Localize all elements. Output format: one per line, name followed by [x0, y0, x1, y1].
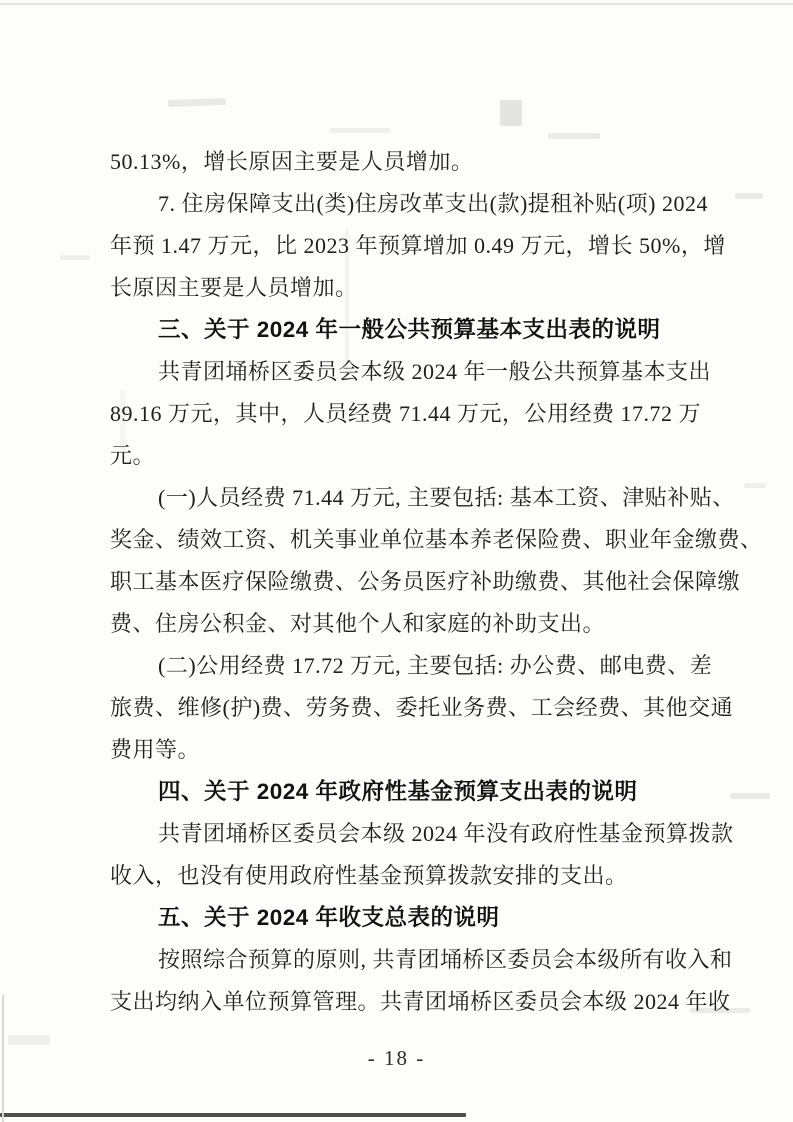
text-line: 50.13%，增长原因主要是人员增加。 [110, 141, 766, 183]
section-heading-5: 五、关于 2024 年收支总表的说明 [110, 897, 766, 939]
section-heading-4: 四、关于 2024 年政府性基金预算支出表的说明 [110, 771, 766, 813]
page-number: - 18 - [0, 1046, 793, 1071]
text-line: (二)公用经费 17.72 万元, 主要包括: 办公费、邮电费、差 [110, 645, 766, 687]
heading-line: 四、关于 2024 年政府性基金预算支出表的说明 [110, 771, 766, 813]
paragraph-personnel-funds: (一)人员经费 71.44 万元, 主要包括: 基本工资、津贴补贴、 奖金、绩效… [110, 477, 766, 645]
text-line: 7. 住房保障支出(类)住房改革支出(款)提租补贴(项) 2024 [110, 183, 766, 225]
heading-line: 五、关于 2024 年收支总表的说明 [110, 897, 766, 939]
text-line: (一)人员经费 71.44 万元, 主要包括: 基本工资、津贴补贴、 [110, 477, 766, 519]
text-line: 奖金、绩效工资、机关事业单位基本养老保险费、职业年金缴费、 [110, 519, 766, 561]
paragraph-public-funds: (二)公用经费 17.72 万元, 主要包括: 办公费、邮电费、差 旅费、维修(… [110, 645, 766, 771]
paragraph-continuation: 50.13%，增长原因主要是人员增加。 [110, 141, 766, 183]
paragraph-basic-expenditure: 共青团埇桥区委员会本级 2024 年一般公共预算基本支出 89.16 万元，其中… [110, 351, 766, 477]
scan-artifact-bottom-edge [0, 1113, 466, 1117]
heading-line: 三、关于 2024 年一般公共预算基本支出表的说明 [110, 309, 766, 351]
text-line: 职工基本医疗保险缴费、公务员医疗补助缴费、其他社会保障缴 [110, 561, 766, 603]
scan-speck [8, 1035, 50, 1045]
scan-speck [60, 255, 90, 260]
scan-speck [500, 100, 522, 126]
document-body: 50.13%，增长原因主要是人员增加。 7. 住房保障支出(类)住房改革支出(款… [110, 141, 766, 1023]
scan-speck [168, 98, 226, 107]
scan-speck [548, 133, 600, 139]
text-line: 年预 1.47 万元，比 2023 年预算增加 0.49 万元，增长 50%，增 [110, 225, 766, 267]
scan-artifact-top-edge [0, 3, 793, 5]
scan-speck [330, 128, 390, 133]
text-line: 按照综合预算的原则, 共青团埇桥区委员会本级所有收入和 [110, 939, 766, 981]
section-heading-3: 三、关于 2024 年一般公共预算基本支出表的说明 [110, 309, 766, 351]
text-line: 共青团埇桥区委员会本级 2024 年一般公共预算基本支出 [110, 351, 766, 393]
text-line: 共青团埇桥区委员会本级 2024 年没有政府性基金预算拨款 [110, 813, 766, 855]
paragraph-item-7: 7. 住房保障支出(类)住房改革支出(款)提租补贴(项) 2024 年预 1.4… [110, 183, 766, 309]
text-line: 收入，也没有使用政府性基金预算拨款安排的支出。 [110, 855, 766, 897]
text-line: 费、住房公积金、对其他个人和家庭的补助支出。 [110, 603, 766, 645]
text-line: 长原因主要是人员增加。 [110, 267, 766, 309]
text-line: 89.16 万元，其中，人员经费 71.44 万元，公用经费 17.72 万 [110, 393, 766, 435]
text-line: 旅费、维修(护)费、劳务费、委托业务费、工会经费、其他交通 [110, 687, 766, 729]
text-line: 费用等。 [110, 729, 766, 771]
text-line: 元。 [110, 435, 766, 477]
text-line: 支出均纳入单位预算管理。共青团埇桥区委员会本级 2024 年收 [110, 981, 766, 1023]
paragraph-gov-fund: 共青团埇桥区委员会本级 2024 年没有政府性基金预算拨款 收入，也没有使用政府… [110, 813, 766, 897]
document-page: 50.13%，增长原因主要是人员增加。 7. 住房保障支出(类)住房改革支出(款… [0, 0, 793, 1122]
paragraph-total-budget: 按照综合预算的原则, 共青团埇桥区委员会本级所有收入和 支出均纳入单位预算管理。… [110, 939, 766, 1023]
